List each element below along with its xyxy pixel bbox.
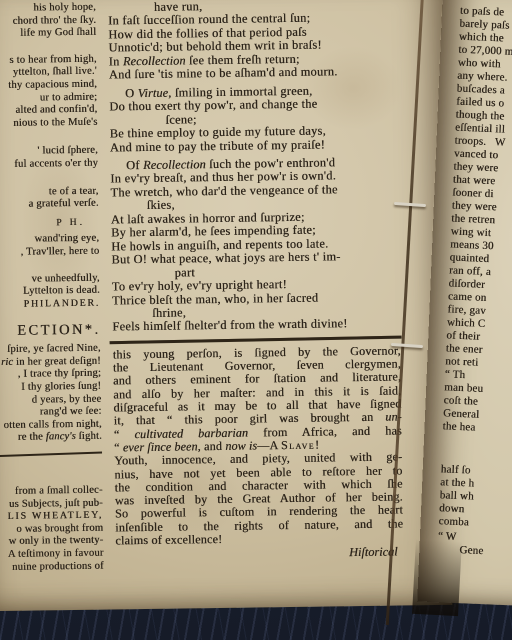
text-line: nious to the Muſe's [0,116,98,130]
text-line: A teſtimony in favour [0,548,104,562]
text-line: a grateful verſe. [0,198,99,212]
text-line: Lyttelton is dead. [0,285,100,299]
text-line: ful accents o'er thy [0,158,98,172]
text-line: nuine productions of [0,560,104,574]
column-left-lower-lines: from a ſmall collec-us Subjects, juſt pu… [0,485,104,575]
text-line: Feels himſelf ſhelter'd from the wrath d… [112,317,400,334]
text-line: And mine to pay the tribute of my praiſe… [110,137,398,154]
column-right: to paſs debarely paſswhich theto 27,000 … [437,5,512,561]
text-line: ECTION*. [0,322,101,341]
left-page: his holy hope,chord thro' the ſky.life m… [0,0,452,611]
column-left-upper-lines: his holy hope,chord thro' the ſky.life m… [0,2,102,446]
byline-historical: Hiſtorical [115,545,403,564]
footnote-rule [110,336,402,345]
text-line: PHILANDER. [0,297,100,311]
poem-on-recollection: have run,In faſt ſucceſſion round the ce… [108,0,401,334]
footnote-paragraph: this young perſon, is ſigned by the Gove… [113,344,404,547]
text-line: And ſure 'tis mine to be aſham'd and mou… [109,65,397,82]
column-middle: have run,In faſt ſucceſſion round the ce… [108,0,404,564]
text-line: life my God ſhall [0,27,96,41]
text-line: , Trav'ller, here to [0,246,99,260]
text-line: his holy hope, [0,2,96,16]
text-line: thy capacious mind, [0,79,97,93]
gutter-shadow [412,539,462,616]
section-rule [0,451,102,457]
text-line: P H. [0,216,99,230]
photo: his holy hope,chord thro' the ſky.life m… [0,0,512,640]
text-line: the hea [442,420,512,437]
column-left: his holy hope,chord thro' the ſky.life m… [0,2,104,604]
text-line: re the fancy's ſight. [0,431,102,445]
text-line: I thy glories ſung! [0,381,101,395]
text-line: from a ſmall collec- [0,485,103,499]
